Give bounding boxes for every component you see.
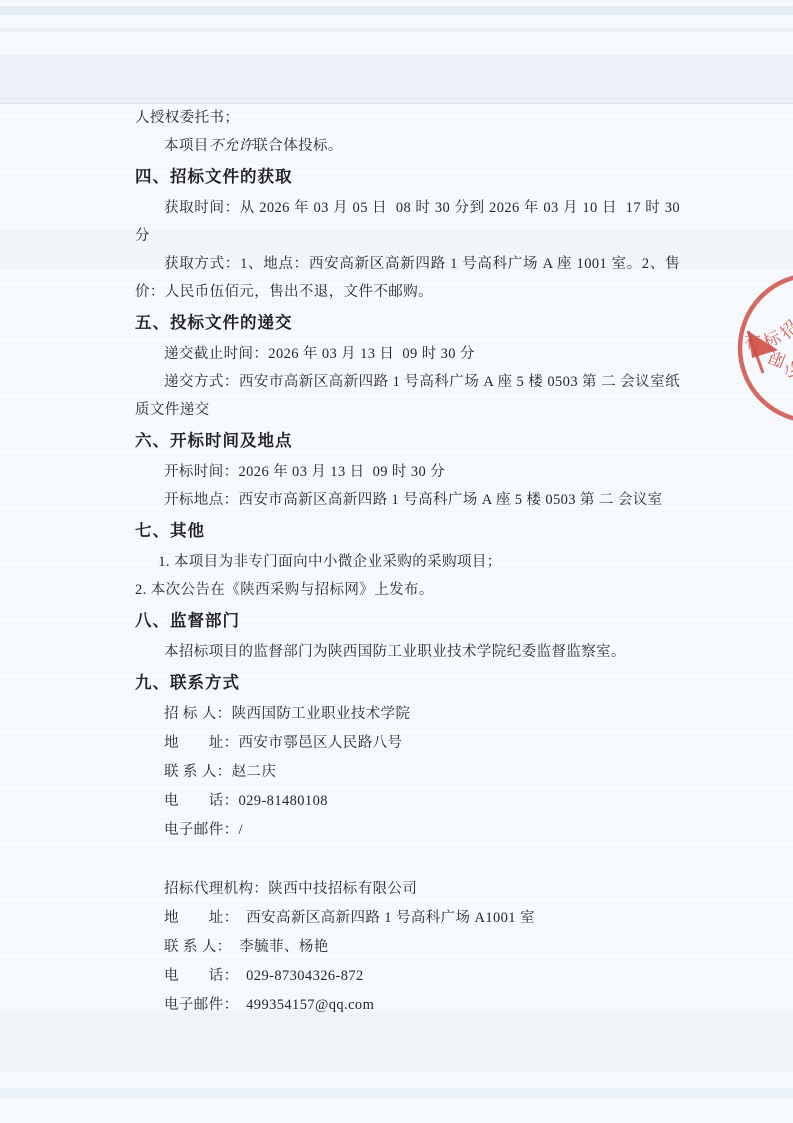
obtain-time-paragraph: 获取时间：从 2026 年 03 月 05 日 08 时 30 分到 2026 … xyxy=(135,194,680,250)
other-item-1: 1. 本项目为非专门面向中小微企业采购的采购项目； xyxy=(135,548,680,576)
consortium-line: 本项目不允许联合体投标。 xyxy=(135,132,680,160)
scanned-document-page: 人授权委托书； 本项目不允许联合体投标。 四、招标文件的获取 获取时间：从 20… xyxy=(0,0,793,1123)
consortium-pre: 本项目 xyxy=(164,138,209,154)
other-item-2: 2. 本次公告在《陕西采购与招标网》上发布。 xyxy=(135,576,680,604)
section-heading-bid-submission: 五、投标文件的递交 xyxy=(135,308,680,338)
agency-contact-person-line: 联 系 人： 李毓菲、杨艳 xyxy=(135,933,680,962)
section-heading-other: 七、其他 xyxy=(135,516,680,546)
scan-artifact-band xyxy=(0,1088,793,1098)
leadin-line: 人授权委托书； xyxy=(135,104,680,132)
supervision-paragraph: 本招标项目的监督部门为陕西国防工业职业技术学院纪委监督监察室。 xyxy=(135,638,680,666)
blank-gap xyxy=(135,845,680,875)
agency-email-line: 电子邮件： 499354157@qq.com xyxy=(135,991,680,1020)
agency-address-line: 地 址： 西安高新区高新四路 1 号高科广场 A1001 室 xyxy=(135,904,680,933)
submission-method-paragraph: 递交方式：西安市高新区高新四路 1 号高科广场 A 座 5 楼 0503 第 二… xyxy=(135,368,680,424)
section-heading-obtain-documents: 四、招标文件的获取 xyxy=(135,162,680,192)
consortium-emphasis: 不允许 xyxy=(209,138,254,154)
document-body: 人授权委托书； 本项目不允许联合体投标。 四、招标文件的获取 获取时间：从 20… xyxy=(0,0,793,1020)
agency-name-line: 招标代理机构：陕西中技招标有限公司 xyxy=(135,875,680,904)
agency-phone-line: 电 话： 029-87304326-872 xyxy=(135,962,680,991)
consortium-post: 联合体投标。 xyxy=(253,138,342,154)
tenderer-address-line: 地 址：西安市鄠邑区人民路八号 xyxy=(135,729,680,758)
section-heading-contact: 九、联系方式 xyxy=(135,668,680,698)
tenderer-phone-line: 电 话：029-81480108 xyxy=(135,787,680,816)
section-heading-supervision: 八、监督部门 xyxy=(135,606,680,636)
tenderer-contact-person-line: 联 系 人：赵二庆 xyxy=(135,758,680,787)
obtain-method-paragraph: 获取方式：1、地点：西安高新区高新四路 1 号高科广场 A 座 1001 室。2… xyxy=(135,250,680,306)
opening-time-paragraph: 开标时间：2026 年 03 月 13 日 09 时 30 分 xyxy=(135,458,680,486)
opening-place-paragraph: 开标地点：西安市高新区高新四路 1 号高科广场 A 座 5 楼 0503 第 二… xyxy=(135,486,680,514)
tenderer-name-line: 招 标 人：陕西国防工业职业技术学院 xyxy=(135,700,680,729)
tenderer-email-line: 电子邮件：/ xyxy=(135,816,680,845)
section-heading-bid-opening: 六、开标时间及地点 xyxy=(135,426,680,456)
submission-deadline-paragraph: 递交截止时间：2026 年 03 月 13 日 09 时 30 分 xyxy=(135,340,680,368)
